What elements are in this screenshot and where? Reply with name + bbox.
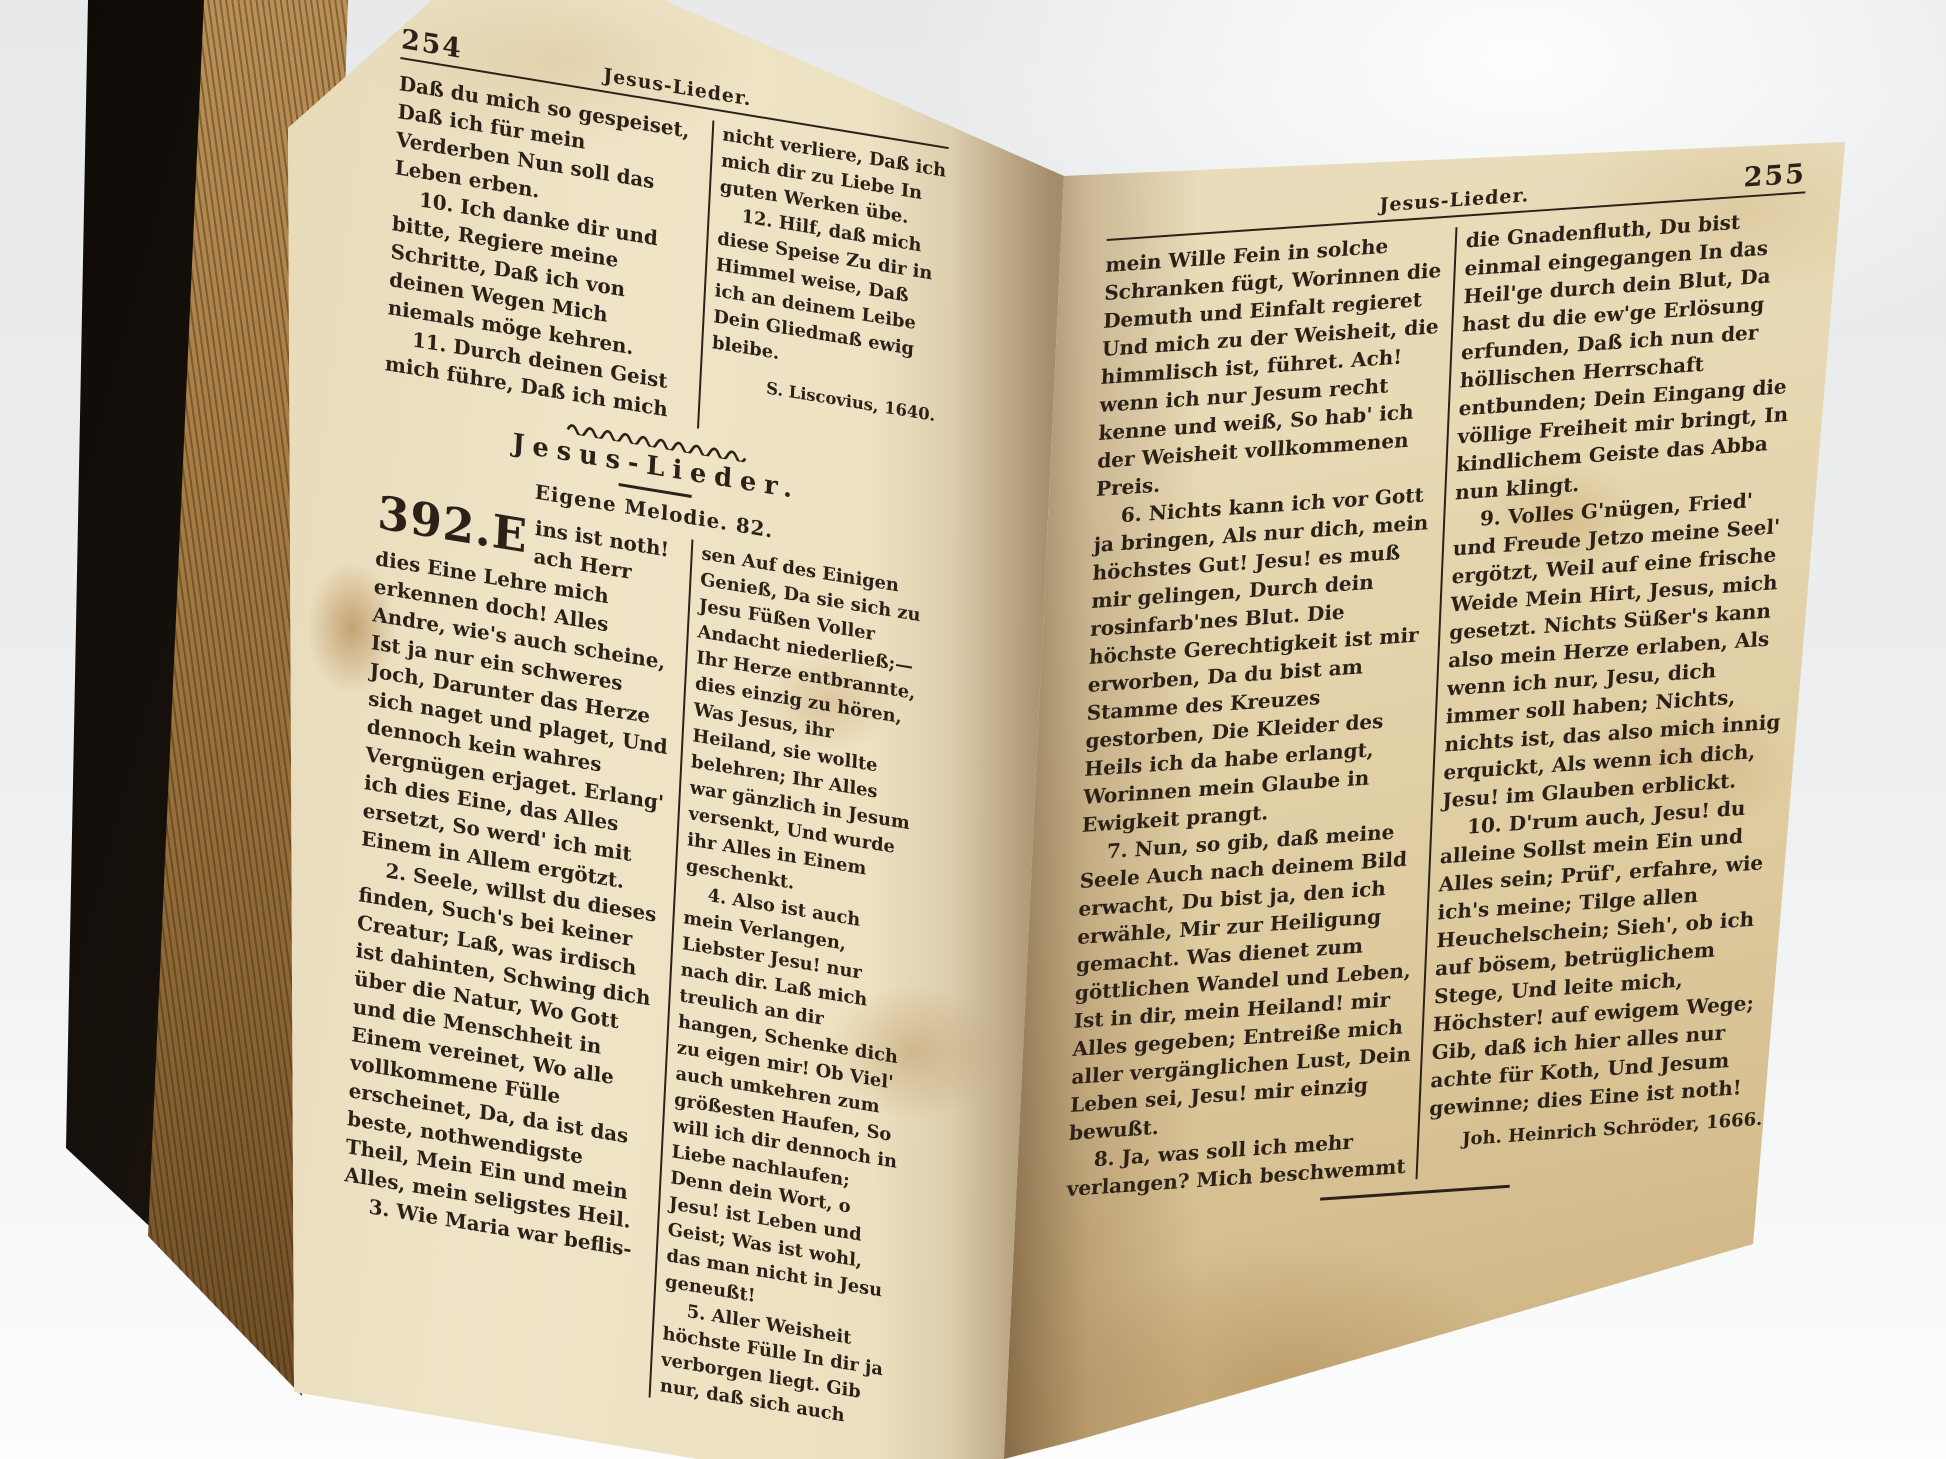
hymn-col1: 392.Eins ist noth! ach Herr dies Eine Le… [336, 488, 691, 1397]
left-page-text: 254 Jesus-Lieder. Daß du mich so gespeis… [336, 26, 950, 1436]
hymn-columns: 392.Eins ist noth! ach Herr dies Eine Le… [336, 488, 927, 1436]
page-number-left: 254 [401, 26, 464, 63]
hymn-initial: E [491, 503, 529, 563]
page-number-right: 255 [1743, 160, 1806, 191]
header-spacer [892, 134, 949, 143]
verse-paragraph: die Gnadenfluth, Du bist einmal eingegan… [1455, 203, 1805, 506]
verse-paragraph: 7. Nun, so gib, daß meine Seele Auch nac… [1069, 816, 1422, 1147]
header-spacer [1107, 231, 1165, 235]
hymn-number: 392.E [377, 491, 529, 558]
verse-text: ins ist noth! ach Herr dies Eine Lehre m… [361, 515, 670, 892]
verse-paragraph: 4. Also ist auch mein Verlangen, Liebste… [665, 879, 911, 1332]
verse-paragraph: mein Wille Fein in solche Schranken fügt… [1096, 228, 1447, 503]
verse-paragraph: 9. Volles G'nügen, Fried' und Freude Jet… [1442, 483, 1793, 814]
right-hymn-col2: die Gnadenfluth, Du bist einmal eingegan… [1416, 203, 1805, 1179]
prev-hymn-col1: Daß du mich so gespeiset, Daß ich für me… [384, 69, 712, 428]
hymn-col2: sen Auf des Einigen Genieß, Da sie sich … [648, 539, 927, 1436]
prev-hymn-col2: nicht verliere, Daß ich mich dir zu Lieb… [697, 120, 948, 467]
hymn-columns-right: mein Wille Fein in solche Schranken fügt… [1066, 203, 1805, 1203]
verse-paragraph: 6. Nichts kann ich vor Gott ja bringen, … [1081, 480, 1435, 839]
photo-background: 254 Jesus-Lieder. Daß du mich so gespeis… [0, 0, 1946, 1459]
verse-paragraph: 392.Eins ist noth! ach Herr dies Eine Le… [361, 488, 683, 902]
right-hymn-col1: mein Wille Fein in solche Schranken fügt… [1066, 227, 1455, 1203]
verse-paragraph: sen Auf des Einigen Genieß, Da sie sich … [685, 541, 927, 916]
right-page-text: Jesus-Lieder. 255 mein Wille Fein in sol… [1066, 160, 1807, 1218]
verse-paragraph: 10. D'rum auch, Jesu! du alleine Sollst … [1429, 791, 1780, 1122]
verse-paragraph: 2. Seele, willst du dieses finden, Such'… [344, 852, 664, 1238]
